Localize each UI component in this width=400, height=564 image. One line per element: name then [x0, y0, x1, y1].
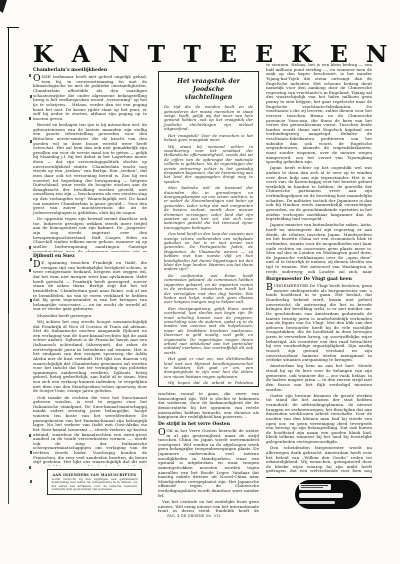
paragraph: Amsterdam lag hem na aan het hart. Steed…: [266, 364, 372, 392]
scan-speck: [30, 451, 32, 454]
section-de-vlugt: Burgemeester De Vlugt gaat heen BURGEMEE…: [266, 275, 372, 473]
dropcap-initial: O: [33, 75, 41, 83]
paragraph: Ook inzake de rechten die voor het Suez-…: [33, 396, 147, 466]
boxed-article-joodsche-vluchtelingen: Het vraagstuk der Joodsche vluchtelingen…: [158, 71, 259, 387]
scan-speck: [29, 117, 31, 120]
right-column: te steunen. Helaas, het is een klein bed…: [266, 63, 372, 475]
advert-badge: [295, 480, 361, 509]
paragraph-text: OK in het Verre Oosten heerscht de winte…: [158, 428, 259, 498]
scan-speck: [29, 246, 31, 249]
scan-speck: [30, 258, 32, 261]
article-title-line2: vluchtelingen: [185, 94, 232, 101]
paragraph: Wij achten het nog steeds hoogst onwaars…: [33, 320, 147, 394]
paragraph-text: URGEMEESTER De Vlugt heeft besloten, gee…: [266, 283, 372, 362]
paragraph-text: E spanning tusschen Frankrijk en Italië,…: [33, 260, 147, 311]
paragraph: te steunen. Helaas, het is een klein bed…: [266, 63, 372, 165]
scan-speck: [30, 95, 32, 98]
paragraph: BURGEMEESTER De Vlugt heeft besloten, ge…: [266, 284, 372, 363]
paragraph: Wij hopen dat de arbeid in Palestina ond…: [164, 381, 253, 387]
continuation-block: te steunen. Helaas, het is een klein bed…: [266, 63, 372, 275]
scan-speck: [29, 74, 31, 77]
paragraph: De tijd die de wonden heelt en de gemoed…: [164, 105, 253, 131]
scan-edge-line: [8, 27, 10, 504]
advert-text-bar: [299, 501, 335, 504]
paragraph: Wij staan bij niemand achter in waardeer…: [164, 145, 253, 185]
scan-speck: [29, 269, 31, 272]
advert-text-bar: [299, 493, 343, 498]
paragraph: Japans minister van buitenlandsche zaken…: [266, 223, 372, 275]
notice-title: AAN INZENDERS VAN MANUSCRIPTEN: [52, 473, 138, 477]
paragraph: Men bedenke wèl: de toestand der duizend…: [164, 186, 253, 230]
section-djibouti-suez: Djibouti en Suez DE spanning tusschen Fr…: [33, 252, 147, 466]
paragraph: DE spanning tusschen Frankrijk en Italië…: [33, 261, 147, 312]
continuation-paragraph: wachten vooraf te gaan, die verre van be…: [158, 392, 259, 420]
advert-text-line: [301, 487, 323, 488]
left-column: Chamberlain’s moeilijkheden ONZE teekena…: [33, 66, 147, 466]
paragraph: De oppositie tegen zijn bewind neemt daa…: [33, 217, 147, 252]
boxed-article-title: Het vraagstuk der Joodsche vluchtelingen: [164, 78, 253, 101]
scan-speck: [30, 480, 32, 483]
paragraph: OOK in het Verre Oosten heerscht de wint…: [158, 429, 259, 498]
footer-pagination: PAG. 4 DE GROENE No. 313: [148, 514, 240, 518]
paragraph-text: NZE teekenaar heeft niet geheel ongelijk…: [33, 74, 147, 121]
paragraph: Den scheidenden burgemeester wordt nu al…: [266, 446, 372, 473]
section-chamberlain: Chamberlain’s moeilijkheden ONZE teekena…: [33, 66, 147, 252]
dropcap-initial: O: [158, 429, 166, 437]
scan-speck: [30, 140, 32, 143]
paragraph: De conferentie van Evian heeft commissie…: [164, 274, 253, 305]
paragraph: Het gaat er niet om, ons dichtbevolkte l…: [164, 357, 253, 379]
paragraph: ONZE teekenaar heeft niet geheel ongelij…: [33, 75, 147, 121]
paragraph: Japan heeft echter op het oogenblik wel …: [266, 166, 372, 222]
notice-body: wordt verzocht bij hun bijdragen een gef…: [52, 478, 138, 492]
paragraph: Ons land heeft in den loop der eeuwen aa…: [164, 232, 253, 272]
middle-column: Het vraagstuk der Joodsche vluchtelingen…: [158, 66, 259, 512]
paragraph: Een doorgangskamp, gelijk thans wordt vo…: [164, 307, 253, 355]
scan-edge-tick: [7, 27, 19, 28]
paragraph: Bereid en beslagen ten ijse is hij intus…: [33, 123, 147, 216]
column-end-rule: [266, 477, 372, 478]
paragraph: Onder zijn bestuur kwamen de groote werk…: [266, 394, 372, 445]
scan-corner-artifact: [0, 0, 7, 13]
scan-speck: [29, 466, 31, 469]
dropcap-initial: B: [266, 284, 273, 292]
scan-speck: [30, 299, 32, 302]
article-title-line1: Het vraagstuk der Joodsche: [177, 78, 240, 93]
section-heading-verre-oosten: De strijd in het verre Oosten: [158, 423, 259, 428]
paragraph: Van het centrale en het zuidelijke front…: [158, 500, 259, 512]
scan-speck: [29, 434, 31, 437]
dropcap-initial: D: [33, 261, 41, 269]
newspaper-page: K A N T T E E K E N I N G E N Chamberlai…: [0, 0, 400, 564]
paragraph: Mussolini heeft gezwegen.: [33, 314, 147, 319]
paragraph: Het vraagstuk? Voor de menschen is het h…: [164, 134, 253, 143]
advert-label-strip: [299, 484, 331, 490]
advert-text-line: [301, 485, 328, 486]
manuscripts-notice-box: AAN INZENDERS VAN MANUSCRIPTEN wordt ver…: [47, 469, 142, 495]
